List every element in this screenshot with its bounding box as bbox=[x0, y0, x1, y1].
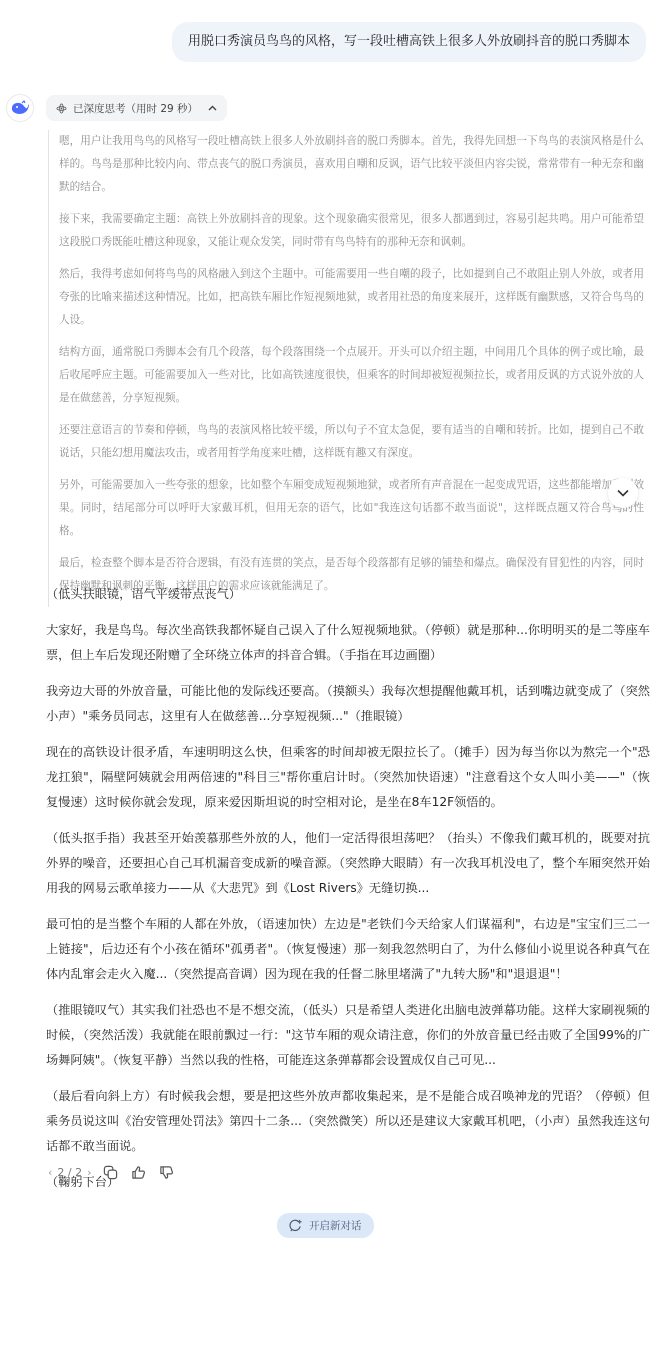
assistant-answer: （低头扶眼镜，语气平缓带点丧气） 大家好，我是鸟鸟。每次坐高铁我都怀疑自己误入了… bbox=[46, 582, 650, 1206]
thinking-paragraph: 嗯，用户让我用鸟鸟的风格写一段吐槽高铁上很多人外放刷抖音的脱口秀脚本。首先，我得… bbox=[59, 130, 644, 199]
thumbs-up-icon bbox=[131, 1165, 146, 1180]
answer-paragraph: 大家好，我是鸟鸟。每次坐高铁我都怀疑自己误入了什么短视频地狱。（停顿）就是那种.… bbox=[46, 618, 650, 668]
chevron-down-icon bbox=[617, 489, 629, 497]
answer-paragraph: （最后看向斜上方）有时候我会想，要是把这些外放声都收集起来，是不是能合成召唤神龙… bbox=[46, 1084, 650, 1159]
answer-paragraph: （低头扶眼镜，语气平缓带点丧气） bbox=[46, 582, 650, 607]
like-button[interactable] bbox=[130, 1163, 148, 1181]
user-message-row: 用脱口秀演员鸟鸟的风格，写一段吐槽高铁上很多人外放刷抖音的脱口秀脚本 bbox=[172, 22, 646, 62]
thinking-paragraph: 还要注意语言的节奏和停顿，鸟鸟的表演风格比较平缓，所以句子不宜太急促，要有适当的… bbox=[59, 419, 644, 465]
copy-button[interactable] bbox=[102, 1163, 120, 1181]
new-chat-button[interactable]: 开启新对话 bbox=[277, 1213, 374, 1238]
atom-icon bbox=[56, 103, 67, 114]
answer-paragraph: （低头抠手指）我甚至开始羡慕那些外放的人，他们一定活得很坦荡吧？（抬头）不像我们… bbox=[46, 826, 650, 901]
message-actions: ‹ 2 / 2 › bbox=[48, 1163, 176, 1181]
chevron-right-icon[interactable]: › bbox=[87, 1166, 91, 1179]
thinking-paragraph: 接下来，我需要确定主题：高铁上外放刷抖音的现象。这个现象确实很常见，很多人都遇到… bbox=[59, 208, 644, 254]
whale-logo-icon bbox=[10, 100, 30, 116]
chevron-left-icon[interactable]: ‹ bbox=[48, 1166, 52, 1179]
response-pager: ‹ 2 / 2 › bbox=[48, 1166, 92, 1179]
scroll-down-button[interactable] bbox=[608, 478, 638, 508]
thinking-content: 嗯，用户让我用鸟鸟的风格写一段吐槽高铁上很多人外放刷抖音的脱口秀脚本。首先，我得… bbox=[48, 130, 644, 607]
pager-label: 2 / 2 bbox=[57, 1166, 82, 1179]
new-chat-label: 开启新对话 bbox=[309, 1218, 362, 1233]
dislike-button[interactable] bbox=[158, 1163, 176, 1181]
answer-paragraph: （推眼镜叹气）其实我们社恐也不是不想交流，（低头）只是希望人类进化出脑电波弹幕功… bbox=[46, 998, 650, 1073]
thumbs-down-icon bbox=[159, 1165, 174, 1180]
thinking-paragraph: 另外，可能需要加入一些夸张的想象，比如整个车厢变成短视频地狱，或者所有声音混在一… bbox=[59, 474, 644, 543]
deep-thinking-toggle[interactable]: 已深度思考（用时 29 秒） bbox=[46, 95, 227, 121]
answer-paragraph: 我旁边大哥的外放音量，可能比他的发际线还要高。（摸额头）我每次想提醒他戴耳机，话… bbox=[46, 679, 650, 729]
assistant-avatar bbox=[6, 94, 34, 122]
user-message-bubble: 用脱口秀演员鸟鸟的风格，写一段吐槽高铁上很多人外放刷抖音的脱口秀脚本 bbox=[172, 22, 646, 62]
answer-paragraph: 最可怕的是当整个车厢的人都在外放，（语速加快）左边是"老铁们今天给家人们谋福利"… bbox=[46, 912, 650, 987]
answer-paragraph: 现在的高铁设计很矛盾，车速明明这么快，但乘客的时间却被无限拉长了。（摊手）因为每… bbox=[46, 740, 650, 815]
chevron-up-icon bbox=[208, 103, 217, 114]
thinking-paragraph: 然后，我得考虑如何将鸟鸟的风格融入到这个主题中。可能需要用一些自嘲的段子，比如提… bbox=[59, 263, 644, 332]
deep-thinking-label: 已深度思考（用时 29 秒） bbox=[73, 101, 198, 116]
thinking-paragraph: 结构方面，通常脱口秀脚本会有几个段落，每个段落围绕一个点展开。开头可以介绍主题，… bbox=[59, 341, 644, 410]
copy-icon bbox=[103, 1165, 118, 1180]
new-chat-icon bbox=[289, 1219, 302, 1232]
